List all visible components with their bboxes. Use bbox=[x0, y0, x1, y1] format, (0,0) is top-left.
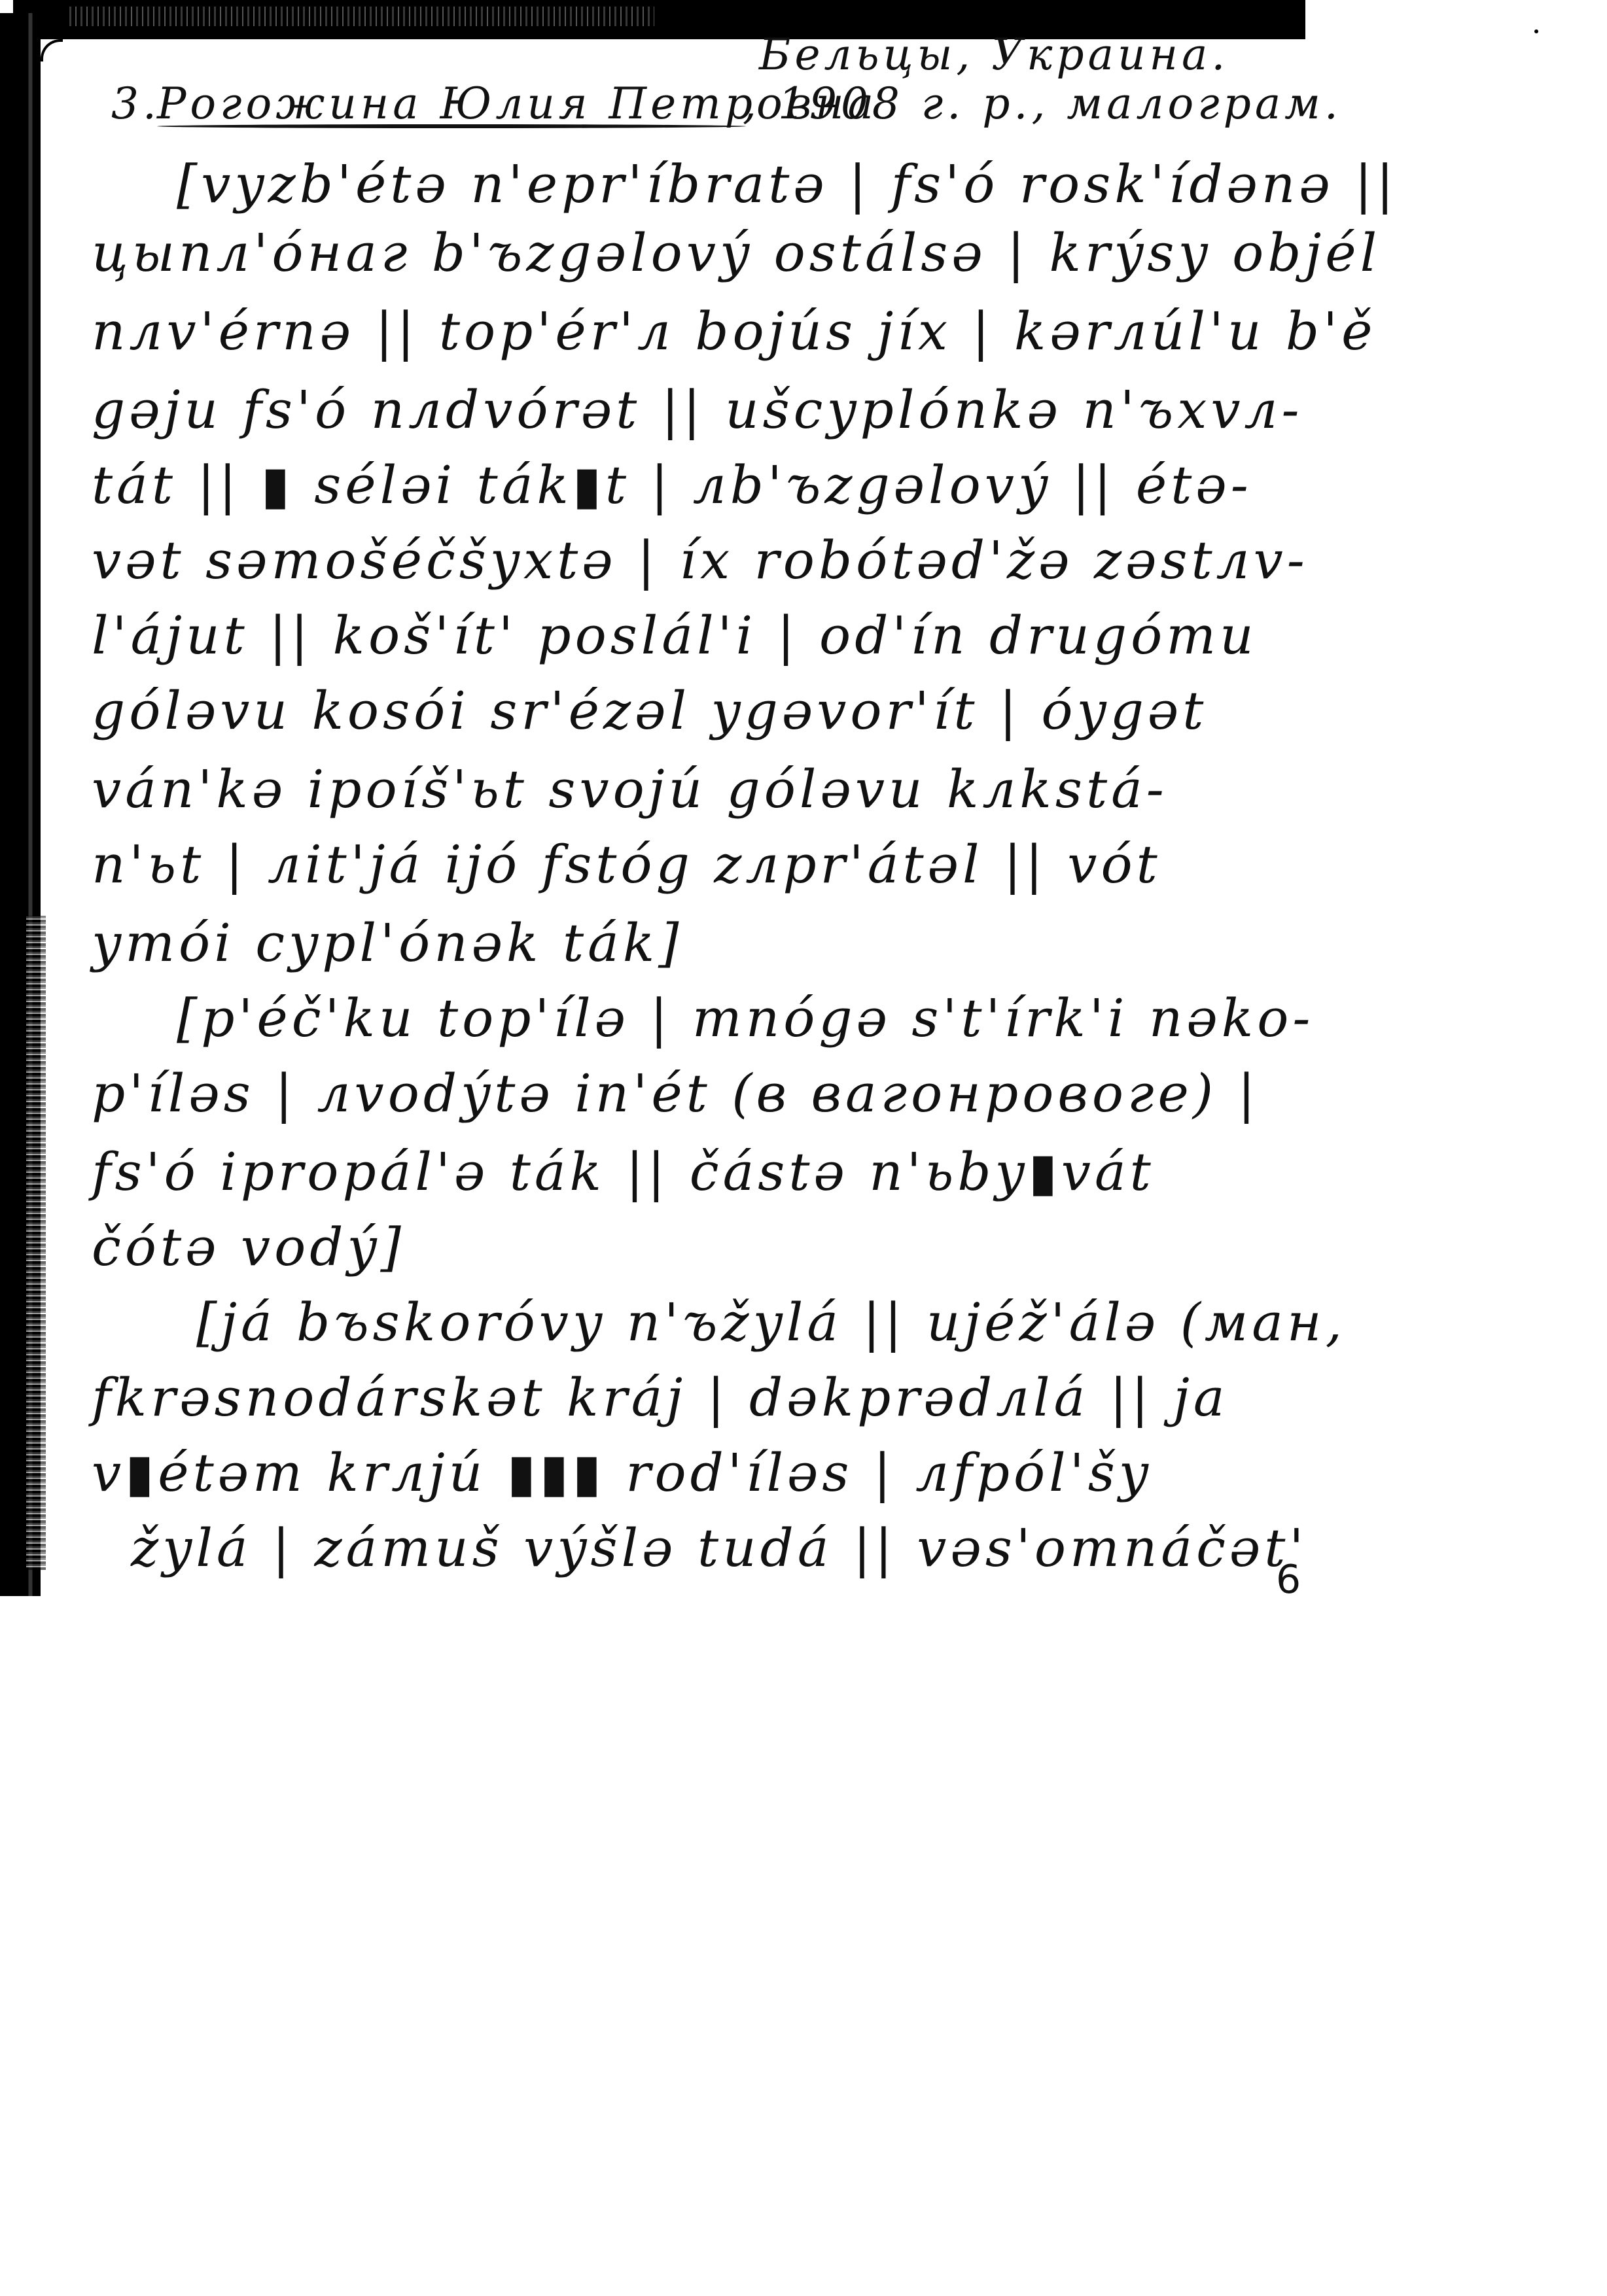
scan-noise-left bbox=[26, 916, 46, 1570]
text-line: gólәvu kosói sr'ézəl ygəvor'ít | óygət bbox=[92, 680, 1207, 741]
text-line: fkrəsnodárskət kráj | dəkprədлlá || ja bbox=[92, 1367, 1229, 1428]
text-line: [já bъskoróvy n'ъžylá || ujéž'álə (ман, bbox=[196, 1292, 1346, 1353]
text-line: nлv'érnə || top'ér'л bojús jíx | kərлúl'… bbox=[92, 301, 1376, 362]
text-line: tát || ▮ sélәi ták▮t | лb'ъzgəlový || ét… bbox=[92, 455, 1252, 515]
text-line: v▮étəm krлjú ▮▮▮ rod'íləs | лfpól'šy bbox=[92, 1442, 1152, 1503]
text-line: [vyzb'étə n'epr'íbratə | fs'ó rosk'ídənə… bbox=[177, 154, 1398, 215]
text-line: ymói cypl'ónək ták] bbox=[92, 913, 683, 973]
text-line: [p'éč'ku top'ílə | mnógə s't'írk'i nəko- bbox=[177, 988, 1314, 1049]
page-corner bbox=[41, 39, 63, 61]
text-line: fs'ó ipropál'ə ták || částə n'ьby▮vát bbox=[92, 1141, 1155, 1202]
stray-mark bbox=[1534, 29, 1538, 33]
name-underline bbox=[157, 124, 746, 128]
speaker-details: , 1908 г. р., малограм. bbox=[743, 78, 1342, 129]
location-note: Бельцы, Украина. bbox=[759, 29, 1229, 80]
text-line: n'ьt | лit'já ijó fstóg zлpr'átəl || vót bbox=[92, 834, 1161, 895]
text-line: gəju fs'ó nлdvórət || ušcyplónkə n'ъxvл- bbox=[92, 379, 1303, 440]
scan-noise-top bbox=[65, 7, 654, 26]
text-line: l'ájut || koš'ít' poslál'i | od'ín drugó… bbox=[92, 605, 1258, 666]
text-line: vət səmošéčšyxtə | íx robótəd'žə zəstлv- bbox=[92, 530, 1309, 591]
text-line: žylá | zámuš výšlə tudá || vəs'omnáčət' bbox=[131, 1518, 1307, 1578]
text-line: ván'kə ipoíš'ьt svojú gólәvu kлkstá- bbox=[92, 759, 1168, 820]
text-line: čótə vodý] bbox=[92, 1217, 405, 1278]
text-line: p'íləs | лvodýtə in'ét (в вагонровоге) | bbox=[92, 1063, 1259, 1124]
page-number: 6 bbox=[1276, 1557, 1301, 1603]
entry-number: 3. bbox=[111, 78, 160, 129]
text-line: цыпл'óнаг b'ъzgəlový ostálsə | krýsy obj… bbox=[92, 222, 1381, 283]
